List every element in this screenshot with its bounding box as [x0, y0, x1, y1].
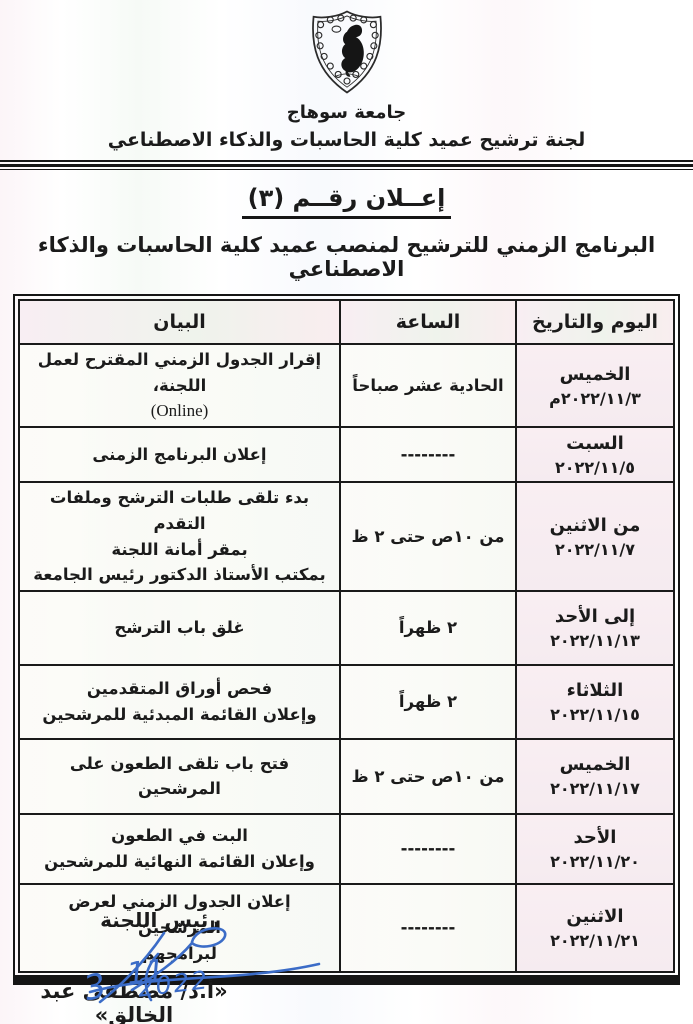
time-cell: الحادية عشر صباحاً [340, 344, 516, 427]
statement-line: وإعلان القائمة النهائية للمرشحين [26, 849, 333, 875]
statement-cell: البت في الطعون وإعلان القائمة النهائية ل… [19, 814, 340, 884]
day-name: الخميس [523, 754, 667, 775]
schedule-table-frame: اليوم والتاريخ الساعة البيان الخميس ٢٠٢٢… [13, 294, 680, 985]
day-date-cell: الخميس ٢٠٢٢/١١/١٧ [516, 739, 674, 814]
table-row: الثلاثاء ٢٠٢٢/١١/١٥ ٢ ظهراً فحص أوراق ال… [19, 665, 674, 739]
date-value: ٢٠٢٢/١١/١٣ [523, 631, 667, 650]
statement-cell: إقرار الجدول الزمني المقترح لعمل اللجنة،… [19, 344, 340, 427]
statement-line: (Online) [26, 398, 333, 424]
day-date-cell: الخميس ٢٠٢٢/١١/٣م [516, 344, 674, 427]
statement-line: بدء تلقى طلبات الترشح وملفات التقدم [26, 485, 333, 536]
announcement-title: إعــلان رقــم (٣) [242, 184, 452, 219]
day-name: الثلاثاء [523, 680, 667, 701]
day-name: إلى الأحد [523, 606, 667, 627]
statement-line: بمكتب الأستاذ الدكتور رئيس الجامعة [26, 562, 333, 588]
document-header: جامعة سوهاج لجنة ترشيح عميد كلية الحاسبا… [0, 0, 693, 151]
time-value: -------- [401, 839, 456, 858]
table-row: السبت ٢٠٢٢/١١/٥ -------- إعلان البرنامج … [19, 427, 674, 482]
table-row: الخميس ٢٠٢٢/١١/١٧ من ١٠ص حتى ٢ ظ فتح باب… [19, 739, 674, 814]
day-name: الاثنين [523, 906, 667, 927]
announcement-subtitle: البرنامج الزمني للترشيح لمنصب عميد كلية … [0, 233, 693, 281]
handwritten-signature: 3 11 2022 [14, 920, 344, 1012]
table-row: إلى الأحد ٢٠٢٢/١١/١٣ ٢ ظهراً غلق باب الت… [19, 591, 674, 665]
date-value: ٢٠٢٢/١١/٧ [523, 540, 667, 559]
time-cell: ٢ ظهراً [340, 665, 516, 739]
time-value: ٢ ظهراً [399, 692, 457, 711]
day-date-cell: السبت ٢٠٢٢/١١/٥ [516, 427, 674, 482]
table-row: الأحد ٢٠٢٢/١١/٢٠ -------- البت في الطعون… [19, 814, 674, 884]
date-value: ٢٠٢٢/١١/٥ [523, 458, 667, 477]
day-date-cell: إلى الأحد ٢٠٢٢/١١/١٣ [516, 591, 674, 665]
statement-cell: غلق باب الترشح [19, 591, 340, 665]
time-cell: من ١٠ص حتى ٢ ظ [340, 482, 516, 590]
table-row: من الاثنين ٢٠٢٢/١١/٧ من ١٠ص حتى ٢ ظ بدء … [19, 482, 674, 590]
day-name: السبت [523, 433, 667, 454]
day-date-cell: من الاثنين ٢٠٢٢/١١/٧ [516, 482, 674, 590]
header-divider [0, 160, 693, 170]
column-header-day-date: اليوم والتاريخ [516, 300, 674, 344]
statement-line: فحص أوراق المتقدمين [26, 676, 333, 702]
column-header-statement: البيان [19, 300, 340, 344]
statement-line: البت في الطعون [26, 823, 333, 849]
table-row: الخميس ٢٠٢٢/١١/٣م الحادية عشر صباحاً إقر… [19, 344, 674, 427]
time-value: -------- [401, 445, 456, 464]
table-header-row: اليوم والتاريخ الساعة البيان [19, 300, 674, 344]
date-value: ٢٠٢٢/١١/٢١ [523, 931, 667, 950]
time-cell: -------- [340, 884, 516, 972]
day-date-cell: الثلاثاء ٢٠٢٢/١١/١٥ [516, 665, 674, 739]
time-value: ٢ ظهراً [399, 618, 457, 637]
time-value: من ١٠ص حتى ٢ ظ [352, 527, 505, 546]
day-name: الأحد [523, 827, 667, 848]
committee-name: لجنة ترشيح عميد كلية الحاسبات والذكاء ال… [0, 129, 693, 151]
statement-line: فتح باب تلقى الطعون على المرشحين [26, 751, 333, 802]
university-shield-logo-icon [303, 8, 391, 100]
day-name: الخميس [523, 364, 667, 385]
pharaoh-head-emblem [332, 25, 364, 77]
time-cell: من ١٠ص حتى ٢ ظ [340, 739, 516, 814]
document-page: جامعة سوهاج لجنة ترشيح عميد كلية الحاسبا… [0, 0, 693, 1024]
statement-line: بمقر أمانة اللجنة [26, 537, 333, 563]
statement-cell: إعلان البرنامج الزمنى [19, 427, 340, 482]
day-name: من الاثنين [523, 515, 667, 536]
time-cell: -------- [340, 814, 516, 884]
date-value: ٢٠٢٢/١١/١٥ [523, 705, 667, 724]
date-value: ٢٠٢٢/١١/٢٠ [523, 852, 667, 871]
time-value: الحادية عشر صباحاً [352, 376, 503, 395]
signature-day: 3 [80, 966, 109, 1010]
statement-line: إقرار الجدول الزمني المقترح لعمل اللجنة، [26, 347, 333, 398]
day-date-cell: الاثنين ٢٠٢٢/١١/٢١ [516, 884, 674, 972]
time-cell: ٢ ظهراً [340, 591, 516, 665]
time-value: من ١٠ص حتى ٢ ظ [352, 767, 505, 786]
statement-line: إعلان البرنامج الزمنى [26, 442, 333, 468]
column-header-time: الساعة [340, 300, 516, 344]
date-value: ٢٠٢٢/١١/٣م [523, 389, 667, 408]
statement-line: غلق باب الترشح [26, 615, 333, 641]
statement-line: وإعلان القائمة المبدئية للمرشحين [26, 702, 333, 728]
statement-cell: فتح باب تلقى الطعون على المرشحين [19, 739, 340, 814]
statement-cell: بدء تلقى طلبات الترشح وملفات التقدم بمقر… [19, 482, 340, 590]
time-value: -------- [401, 918, 456, 937]
time-cell: -------- [340, 427, 516, 482]
schedule-table: اليوم والتاريخ الساعة البيان الخميس ٢٠٢٢… [18, 299, 675, 973]
date-value: ٢٠٢٢/١١/١٧ [523, 779, 667, 798]
university-name: جامعة سوهاج [0, 102, 693, 123]
statement-cell: فحص أوراق المتقدمين وإعلان القائمة المبد… [19, 665, 340, 739]
day-date-cell: الأحد ٢٠٢٢/١١/٢٠ [516, 814, 674, 884]
